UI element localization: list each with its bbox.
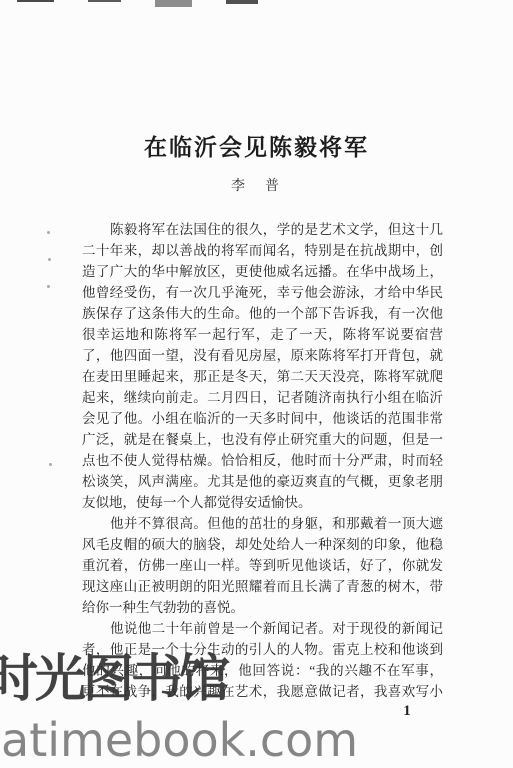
- scan-speck: [49, 463, 52, 466]
- scan-speck: [47, 285, 50, 288]
- scan-speck: [48, 258, 51, 261]
- text-line: 在麦田里睡起来，那正是冬天，第二天天没亮，陈将军就爬: [82, 366, 443, 387]
- scan-artifact-dash-4: [226, 0, 258, 4]
- scan-artifact-dash-3: [155, 0, 192, 7]
- text-line: 会见了他。小组在临沂的一天多时间中，他谈话的范围非常: [82, 408, 443, 429]
- page-title: 在临沂会见陈毅将军: [0, 129, 513, 162]
- scan-artifact-dash-1: [17, 0, 54, 2]
- text-line: 很幸运地和陈将军一起行军，走了一天，陈将军说要宿营: [82, 324, 443, 345]
- scan-speck: [47, 231, 50, 234]
- text-line: 他说他二十年前曾是一个新闻记者。对于现役的新闻记: [82, 618, 443, 639]
- text-line: 他曾经受伤，有一次几乎淹死，幸亏他会游泳，才给中华民: [82, 282, 443, 303]
- text-line: 起来，继续向前走。二月四日，记者随济南执行小组在临沂: [82, 387, 443, 408]
- watermark-site: atimebook.com: [1, 717, 358, 763]
- text-line: 族保存了这条伟大的生命。他的一个部下告诉我，有一次他: [82, 303, 443, 324]
- text-line: 现这座山正被明朗的阳光照耀着而且长满了青葱的树木，带: [82, 576, 443, 597]
- author-name: 李 普: [0, 175, 513, 195]
- text-line: 广泛，就是在餐桌上，也没有停止研究重大的问题，但是一: [82, 429, 443, 450]
- scan-artifact-dash-2: [88, 0, 121, 2]
- text-line: 造了广大的华中解放区，更使他威名远播。在华中战场上，: [82, 261, 443, 282]
- body-text: 陈毅将军在法国住的很久，学的是艺术文学，但这十几二十年来，却以善战的将军而闻名，…: [82, 219, 443, 702]
- text-line: 风毛皮帽的硕大的脑袋，却处处给人一种深刻的印象，他稳: [82, 534, 443, 555]
- text-line: 陈毅将军在法国住的很久，学的是艺术文学，但这十几: [82, 219, 443, 240]
- text-line: 二十年来，却以善战的将军而闻名，特别是在抗战期中，创: [82, 240, 443, 261]
- scanned-page: 在临沂会见陈毅将军 李 普 陈毅将军在法国住的很久，学的是艺术文学，但这十几二十…: [0, 0, 513, 768]
- text-line: 了，他四面一望，没有看见房屋，原来陈将军打开背包，就: [82, 345, 443, 366]
- text-line: 松谈笑，风声满座。尤其是他的豪迈爽直的气概，更象老朋: [82, 471, 443, 492]
- text-line: 点也不使人觉得枯燥。恰恰相反，他时而十分严肃，时而轻: [82, 450, 443, 471]
- watermark-cjk: 时光图书馆: [0, 651, 227, 710]
- text-line: 他并不算很高。但他的茁壮的身躯，和那戴着一顶大遮: [82, 513, 443, 534]
- page-number: 1: [396, 703, 418, 720]
- text-line: 友似地，使每一个人都觉得安适愉快。: [82, 492, 443, 513]
- text-line: 重沉着，仿佛一座山一样。等到听见他谈话，好了，你就发: [82, 555, 443, 576]
- text-line: 给你一种生气勃勃的喜悦。: [82, 597, 443, 618]
